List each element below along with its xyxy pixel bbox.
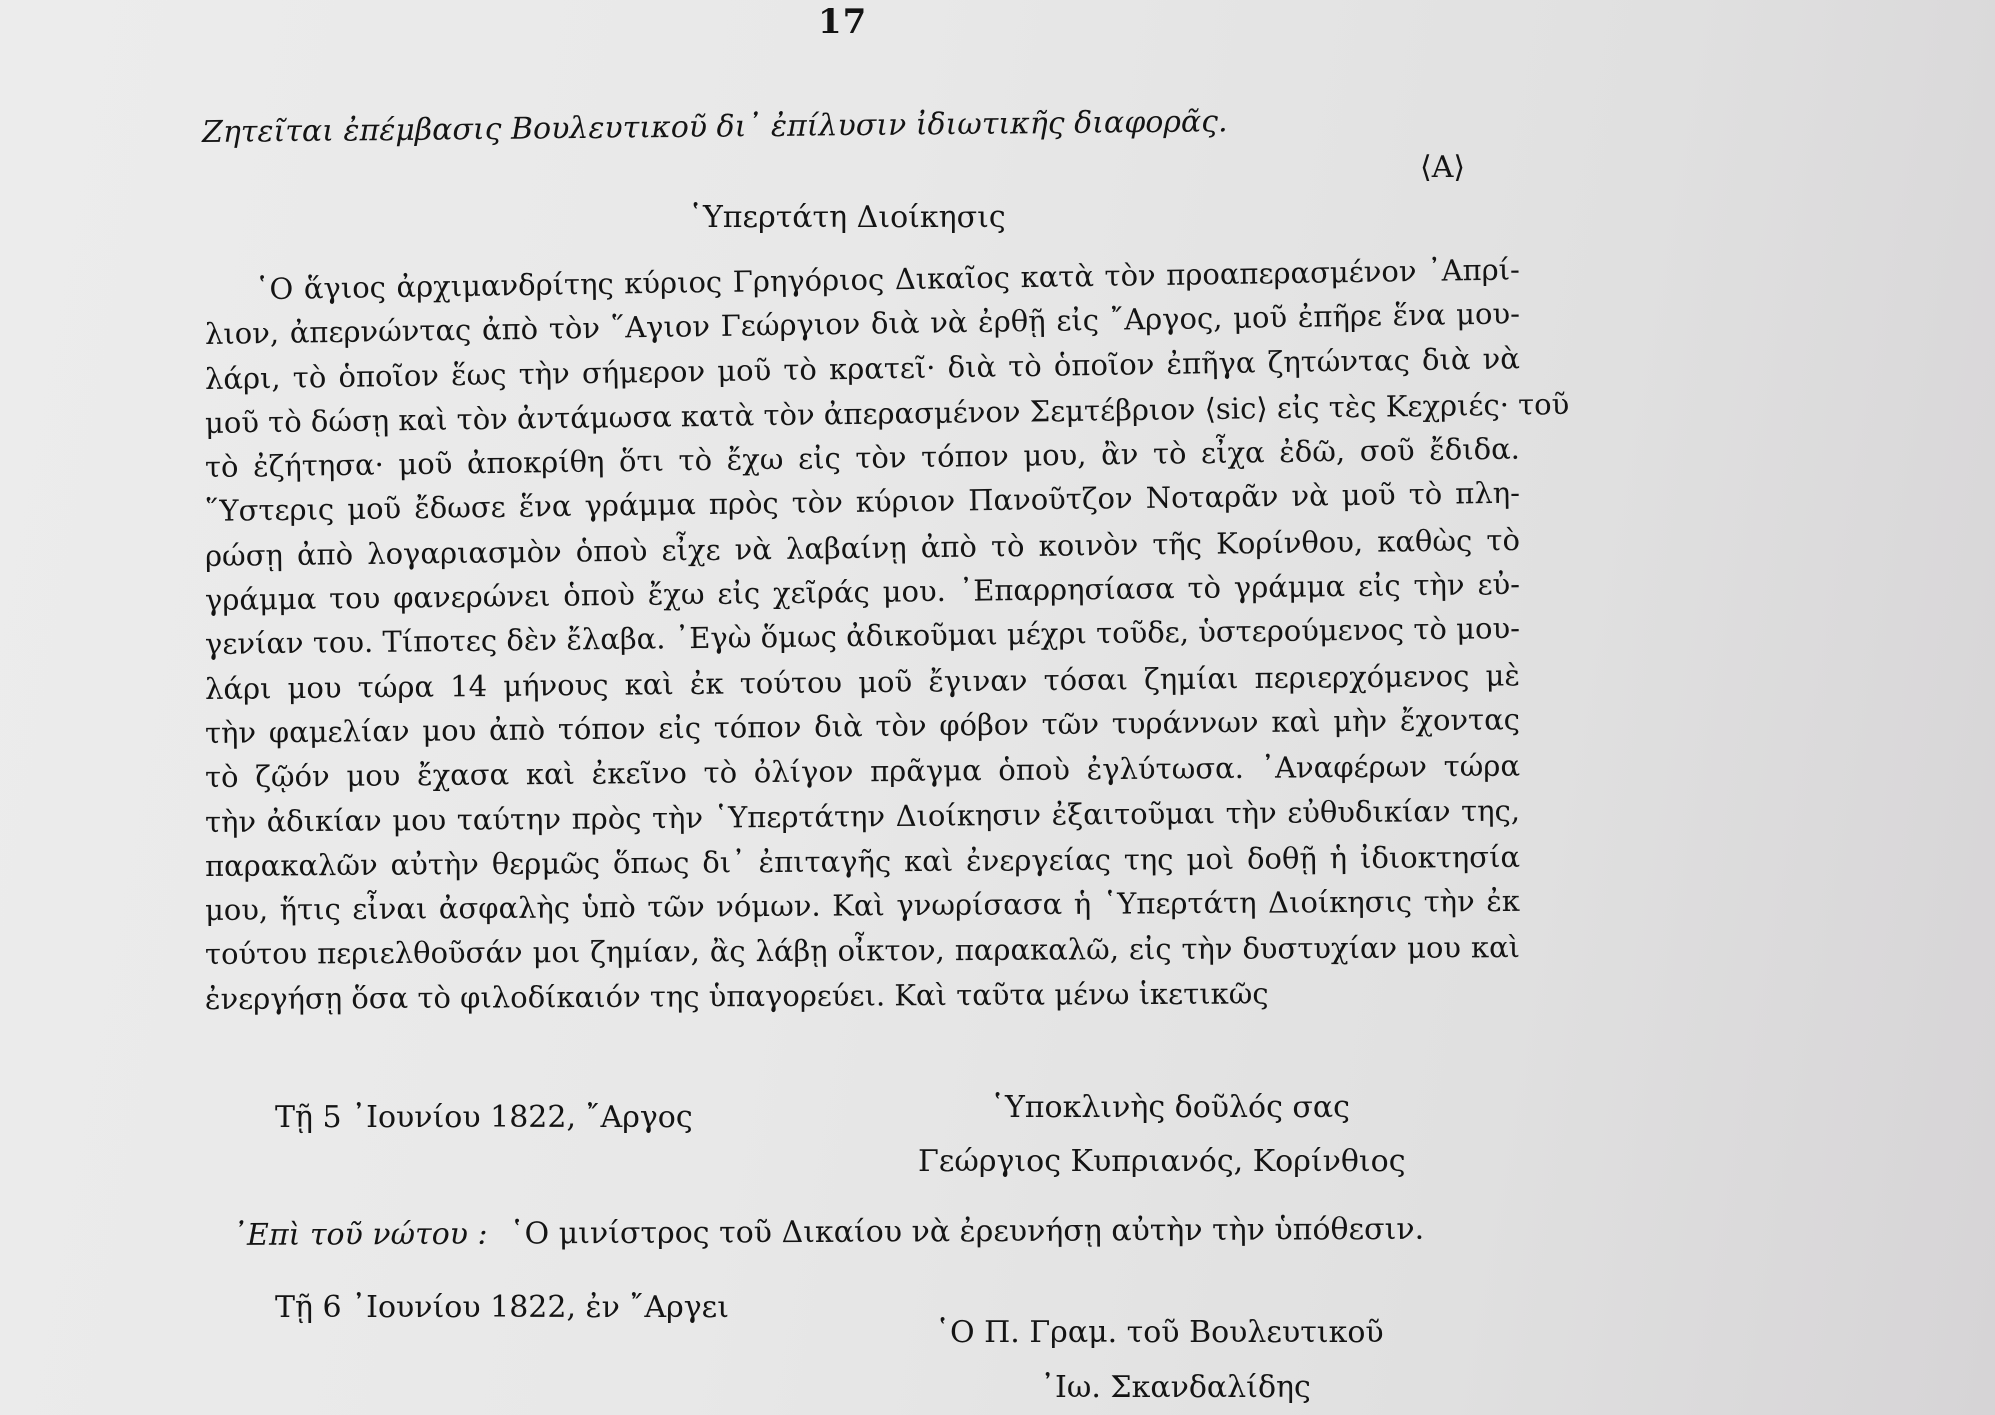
body-line: μου, ἥτις εἶναι ἀσφαλὴς ὑπὸ τῶν νόμων. Κ… [205,879,1520,932]
document-subject: Ζητεῖται ἐπέμβασις Βουλευτικοῦ δι᾿ ἐπίλυ… [202,104,1228,150]
letter-salutation: ῾Υποκλινὴς δοῦλός σας [990,1090,1350,1125]
endorsement-date-place: Τῇ 6 ᾿Ιουνίου 1822, ἐν ῎Αργει [275,1290,729,1325]
scanned-page: 17 Ζητεῖται ἐπέμβασις Βουλευτικοῦ δι᾿ ἐπ… [0,0,1995,1415]
letter-date-place: Τῇ 5 ᾿Ιουνίου 1822, ῎Αργος [275,1100,693,1135]
body-line: ἐνεργήσῃ ὅσα τὸ φιλοδίκαιόν της ὑπαγορεύ… [205,970,1520,1021]
endorsement: ᾿Επὶ τοῦ νώτου :῾Ο μινίστρος τοῦ Δικαίου… [232,1212,1424,1253]
letter-signatory: Γεώργιος Κυπριανός, Κορίνθιος [918,1144,1406,1179]
endorsement-label: ᾿Επὶ τοῦ νώτου : [232,1217,488,1253]
endorsement-signer-title: ῾Ο Π. Γραμ. τοῦ Βουλευτικοῦ [935,1315,1384,1350]
letter-body: ῾Ο ἅγιος ἀρχιμανδρίτης κύριος Γρηγόριος … [205,268,1520,1021]
body-line: τούτου περιελθοῦσάν μοι ζημίαν, ἂς λάβῃ … [205,926,1520,977]
page-number: 17 [818,2,867,42]
addressee-heading: ῾Υπερτάτη Διοίκησις [688,200,1006,235]
endorsement-text: ῾Ο μινίστρος τοῦ Δικαίου νὰ ἐρευνήσῃ αὐτ… [509,1212,1424,1252]
endorsement-signer-name: ᾿Ιω. Σκανδαλίδης [1040,1370,1311,1405]
document-label: ⟨Α⟩ [1420,150,1465,185]
